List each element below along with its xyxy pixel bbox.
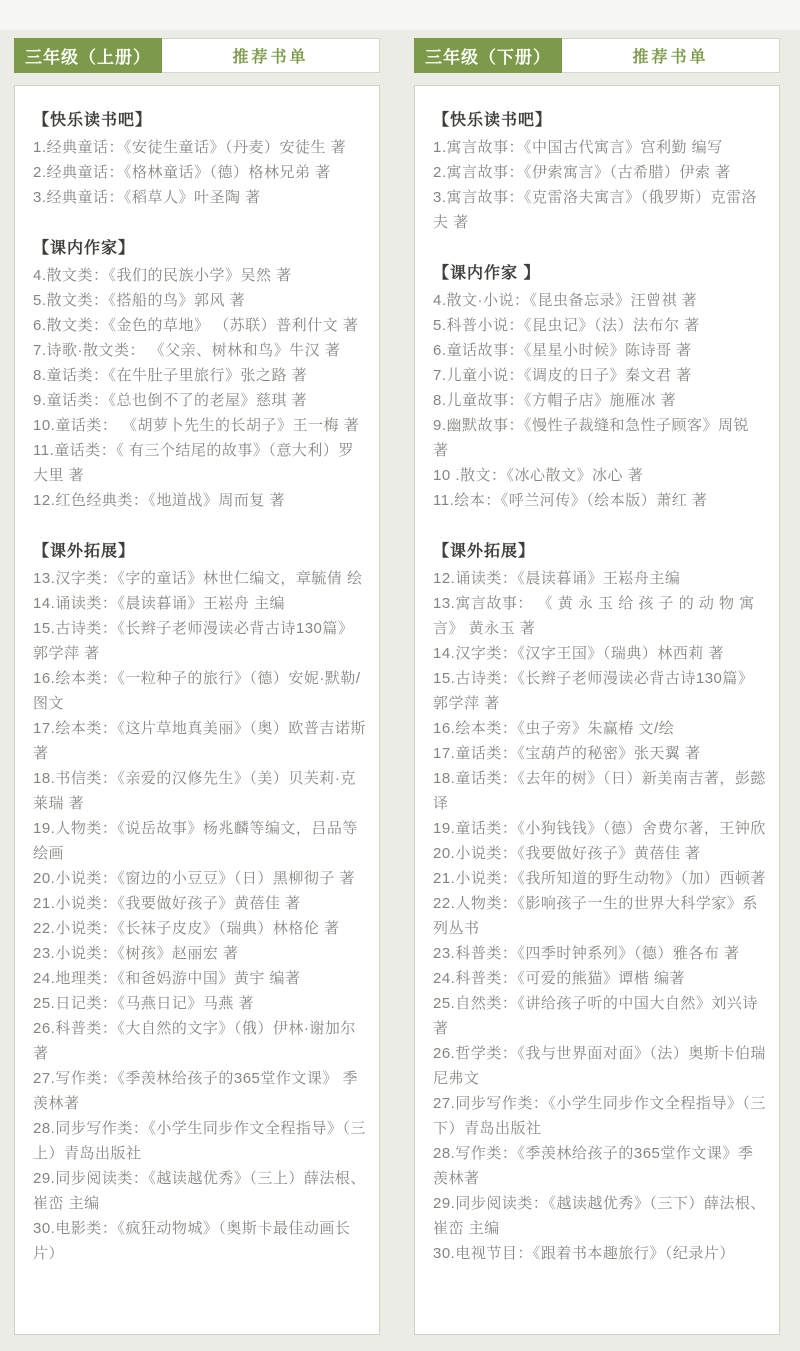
book-item: 21.小说类：《我所知道的野生动物》（加）西顿著 <box>433 866 766 891</box>
book-item: 13.汉字类：《字的童话》林世仁编文，章毓倩 绘 <box>33 566 366 591</box>
book-item: 14.汉字类：《汉字王国》（瑞典）林西莉 著 <box>433 641 766 666</box>
book-item: 1.经典童话：《安徒生童话》（丹麦）安徒生 著 <box>33 135 366 160</box>
book-item: 21.小说类：《我要做好孩子》黄蓓佳 著 <box>33 891 366 916</box>
book-item: 4.散文·小说：《昆虫备忘录》汪曾祺 著 <box>433 288 766 313</box>
book-item: 17.绘本类：《这片草地真美丽》（奥）欧普吉诺斯 著 <box>33 716 366 766</box>
book-item: 13.寓言故事： 《 黄 永 玉 给 孩 子 的 动 物 寓言》 黄永玉 著 <box>433 591 766 641</box>
book-item: 23.小说类：《树孩》赵丽宏 著 <box>33 941 366 966</box>
book-item: 28.写作类：《季羡林给孩子的365堂作文课》季羡林著 <box>433 1141 766 1191</box>
book-item: 7.诗歌·散文类： 《父亲、树林和鸟》牛汉 著 <box>33 338 366 363</box>
book-item: 26.哲学类：《我与世界面对面》（法）奥斯卡伯瑞尼弗文 <box>433 1041 766 1091</box>
booklist-title-volume-2: 推荐书单 <box>562 39 779 72</box>
book-item: 3.寓言故事：《克雷洛夫寓言》（俄罗斯）克雷洛夫 著 <box>433 185 766 235</box>
section-heading: 【课外拓展】 <box>33 539 366 564</box>
booklist-section: 【快乐读书吧】1.经典童话：《安徒生童话》（丹麦）安徒生 著2.经典童话：《格林… <box>33 108 366 210</box>
book-item: 15.古诗类：《长辫子老师漫读必背古诗130篇》郭学萍 著 <box>33 616 366 666</box>
book-item: 27.写作类：《季羡林给孩子的365堂作文课》 季羡林著 <box>33 1066 366 1116</box>
book-item: 14.诵读类：《晨读暮诵》王崧舟 主编 <box>33 591 366 616</box>
booklist-card-volume-2: 【快乐读书吧】1.寓言故事：《中国古代寓言》宫利勤 编写2.寓言故事：《伊索寓言… <box>414 85 780 1335</box>
book-item: 9.幽默故事：《慢性子裁缝和急性子顾客》周锐 著 <box>433 413 766 463</box>
grade-tab-volume-2: 三年级（下册） <box>414 38 562 73</box>
book-item: 30.电影类：《疯狂动物城》（奥斯卡最佳动画长片） <box>33 1216 366 1266</box>
book-item: 20.小说类：《我要做好孩子》黄蓓佳 著 <box>433 841 766 866</box>
book-item: 16.绘本类：《一粒种子的旅行》（德）安妮·默勒/图文 <box>33 666 366 716</box>
book-item: 10.童话类： 《胡萝卜先生的长胡子》王一梅 著 <box>33 413 366 438</box>
book-item: 27.同步写作类：《小学生同步作文全程指导》（三下）青岛出版社 <box>433 1091 766 1141</box>
book-item: 8.儿童故事：《方帽子店》施雁冰 著 <box>433 388 766 413</box>
book-item: 29.同步阅读类：《越读越优秀》（三上）薛法根、崔峦 主编 <box>33 1166 366 1216</box>
booklist-section: 【快乐读书吧】1.寓言故事：《中国古代寓言》宫利勤 编写2.寓言故事：《伊索寓言… <box>433 108 766 235</box>
book-item: 2.寓言故事：《伊索寓言》（古希腊）伊索 著 <box>433 160 766 185</box>
section-heading: 【课外拓展】 <box>433 539 766 564</box>
book-item: 6.散文类：《金色的草地》 （苏联）普利什文 著 <box>33 313 366 338</box>
book-item: 1.寓言故事：《中国古代寓言》宫利勤 编写 <box>433 135 766 160</box>
book-item: 29.同步阅读类：《越读越优秀》（三下）薛法根、崔峦 主编 <box>433 1191 766 1241</box>
booklist-section: 【课外拓展】13.汉字类：《字的童话》林世仁编文，章毓倩 绘14.诵读类：《晨读… <box>33 539 366 1266</box>
book-item: 24.科普类：《可爱的熊猫》谭楷 编著 <box>433 966 766 991</box>
booklist-page: 三年级（上册） 推荐书单 【快乐读书吧】1.经典童话：《安徒生童话》（丹麦）安徒… <box>0 30 800 1351</box>
book-item: 8.童话类：《在牛肚子里旅行》张之路 著 <box>33 363 366 388</box>
book-item: 4.散文类：《我们的民族小学》吴然 著 <box>33 263 366 288</box>
booklist-section: 【课内作家】4.散文类：《我们的民族小学》吴然 著5.散文类：《搭船的鸟》郭风 … <box>33 236 366 513</box>
column-volume-2: 三年级（下册） 推荐书单 【快乐读书吧】1.寓言故事：《中国古代寓言》宫利勤 编… <box>414 38 780 1335</box>
grade-tab-volume-1: 三年级（上册） <box>14 38 162 73</box>
book-item: 15.古诗类：《长辫子老师漫读必背古诗130篇》郭学萍 著 <box>433 666 766 716</box>
book-item: 19.人物类：《说岳故事》杨兆麟等编文，吕品等 绘画 <box>33 816 366 866</box>
book-item: 20.小说类：《窗边的小豆豆》（日）黑柳彻子 著 <box>33 866 366 891</box>
book-item: 23.科普类：《四季时钟系列》（德）雅各布 著 <box>433 941 766 966</box>
book-item: 11.童话类：《 有三个结尾的故事》（意大利）罗大里 著 <box>33 438 366 488</box>
section-heading: 【课内作家 】 <box>433 261 766 286</box>
book-item: 22.人物类：《影响孩子一生的世界大科学家》系列丛书 <box>433 891 766 941</box>
book-item: 25.自然类：《讲给孩子听的中国大自然》刘兴诗 著 <box>433 991 766 1041</box>
book-item: 12.诵读类：《晨读暮诵》王崧舟主编 <box>433 566 766 591</box>
top-margin-band <box>0 0 800 30</box>
tabbar-volume-1: 三年级（上册） 推荐书单 <box>14 38 380 73</box>
booklist-card-volume-1: 【快乐读书吧】1.经典童话：《安徒生童话》（丹麦）安徒生 著2.经典童话：《格林… <box>14 85 380 1335</box>
book-item: 3.经典童话：《稻草人》叶圣陶 著 <box>33 185 366 210</box>
book-item: 30.电视节目：《跟着书本趣旅行》（纪录片） <box>433 1241 766 1266</box>
book-item: 6.童话故事：《星星小时候》陈诗哥 著 <box>433 338 766 363</box>
book-item: 18.书信类：《亲爱的汉修先生》（美）贝芙莉·克莱瑞 著 <box>33 766 366 816</box>
book-item: 19.童话类：《小狗钱钱》（德）舍费尔著，王钟欣 <box>433 816 766 841</box>
column-volume-1: 三年级（上册） 推荐书单 【快乐读书吧】1.经典童话：《安徒生童话》（丹麦）安徒… <box>14 38 380 1335</box>
book-item: 10 .散文：《冰心散文》冰心 著 <box>433 463 766 488</box>
book-item: 24.地理类：《和爸妈游中国》黄宇 编著 <box>33 966 366 991</box>
booklist-section: 【课外拓展】12.诵读类：《晨读暮诵》王崧舟主编13.寓言故事： 《 黄 永 玉… <box>433 539 766 1266</box>
section-heading: 【快乐读书吧】 <box>433 108 766 133</box>
book-item: 5.科普小说：《昆虫记》（法）法布尔 著 <box>433 313 766 338</box>
booklist-section: 【课内作家 】4.散文·小说：《昆虫备忘录》汪曾祺 著5.科普小说：《昆虫记》（… <box>433 261 766 513</box>
book-item: 12.红色经典类：《地道战》周而复 著 <box>33 488 366 513</box>
book-item: 9.童话类：《总也倒不了的老屋》慈琪 著 <box>33 388 366 413</box>
book-item: 16.绘本类：《虫子旁》朱赢椿 文/绘 <box>433 716 766 741</box>
book-item: 17.童话类：《宝葫芦的秘密》张天翼 著 <box>433 741 766 766</box>
book-item: 5.散文类：《搭船的鸟》郭风 著 <box>33 288 366 313</box>
book-item: 11.绘本：《呼兰河传》（绘本版）萧红 著 <box>433 488 766 513</box>
section-heading: 【快乐读书吧】 <box>33 108 366 133</box>
tabbar-volume-2: 三年级（下册） 推荐书单 <box>414 38 780 73</box>
book-item: 7.儿童小说：《调皮的日子》秦文君 著 <box>433 363 766 388</box>
book-item: 25.日记类：《马燕日记》马燕 著 <box>33 991 366 1016</box>
book-item: 18.童话类：《去年的树》（日）新美南吉著，彭懿 译 <box>433 766 766 816</box>
book-item: 22.小说类：《长袜子皮皮》（瑞典）林格伦 著 <box>33 916 366 941</box>
book-item: 26.科普类：《大自然的文字》（俄）伊林·谢加尔 著 <box>33 1016 366 1066</box>
booklist-title-volume-1: 推荐书单 <box>162 39 379 72</box>
book-item: 28.同步写作类：《小学生同步作文全程指导》（三上）青岛出版社 <box>33 1116 366 1166</box>
book-item: 2.经典童话：《格林童话》（德）格林兄弟 著 <box>33 160 366 185</box>
section-heading: 【课内作家】 <box>33 236 366 261</box>
